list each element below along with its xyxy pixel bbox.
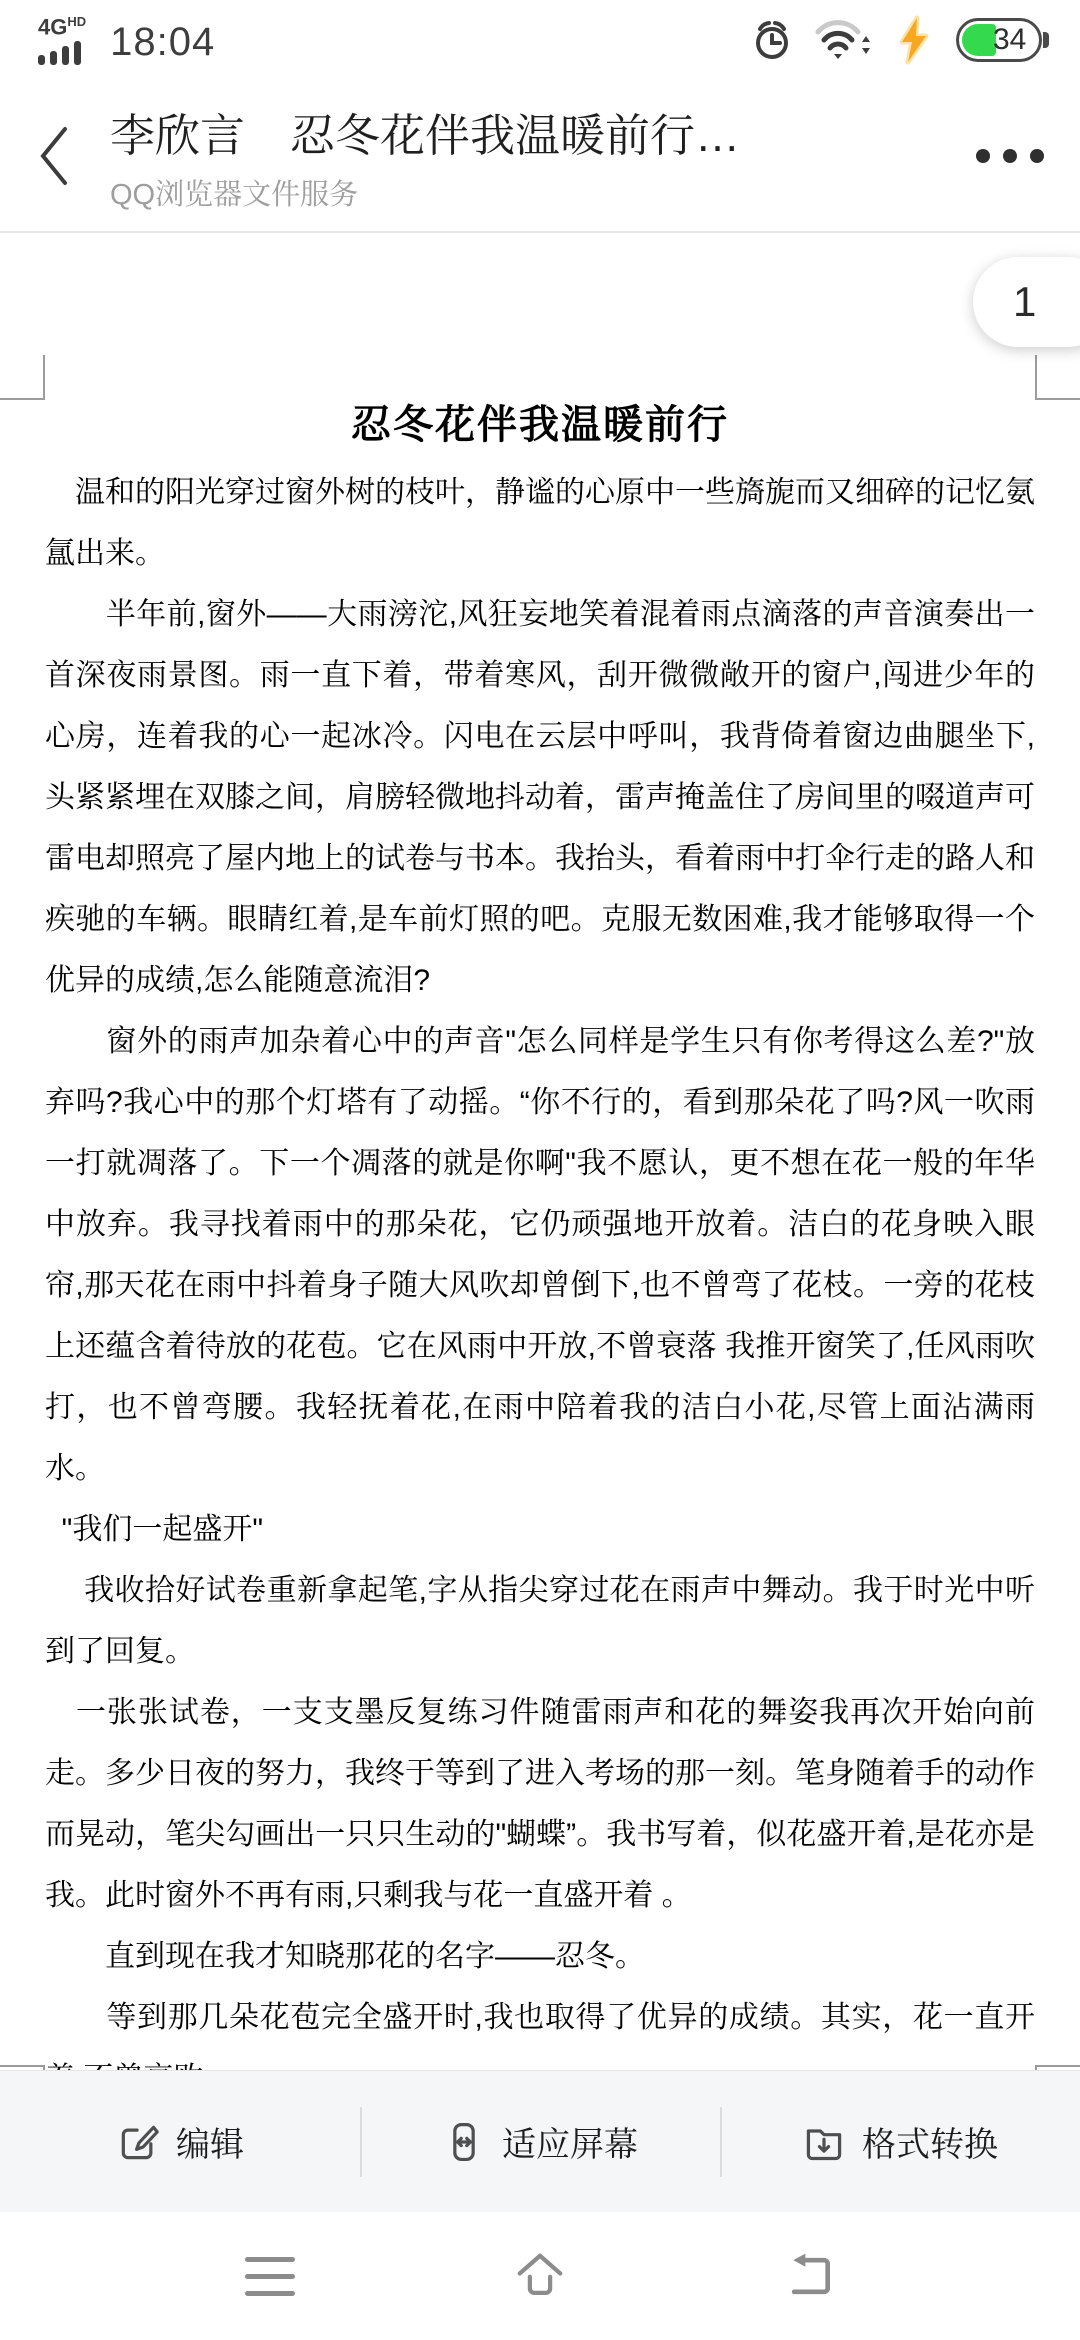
charging-bolt-icon [888, 14, 940, 66]
edit-button[interactable]: 编辑 [0, 2071, 360, 2212]
page-number: 1 [1013, 278, 1036, 326]
fit-screen-label: 适应屏幕 [502, 2117, 638, 2166]
document-paragraph: 温和的阳光穿过窗外树的枝叶，静谧的心原中一些旖旎而又细碎的记忆氨氲出来。 [45, 462, 1035, 584]
fit-screen-button[interactable]: 适应屏幕 [360, 2071, 720, 2212]
document-title: 忍冬花伴我温暖前行 [45, 393, 1035, 450]
format-convert-icon [802, 2120, 846, 2164]
menu-icon [245, 2257, 295, 2296]
toolbar-divider [720, 2107, 722, 2177]
phone-screen: 4GHD 18:04 [0, 0, 1080, 2340]
signal-bars-icon [38, 41, 81, 65]
page-corner-mark-top-right [1035, 355, 1080, 400]
dot-icon [976, 149, 990, 163]
wifi-icon [812, 16, 872, 64]
document-paragraph: 我收拾好试卷重新拿起笔,字从指尖穿过花在雨声中舞动。我于时光中听到了回复。 [45, 1560, 1035, 1682]
battery-icon: 34 [956, 18, 1042, 62]
page-number-indicator[interactable]: 1 [973, 257, 1080, 347]
document-paragraph: 半年前,窗外——大雨滂沱,风狂妄地笑着混着雨点滴落的声音演奏出一首深夜雨景图。雨… [45, 584, 1035, 1011]
document-paragraph: 直到现在我才知晓那花的名字——忍冬。 [45, 1926, 1035, 1987]
nav-menu-button[interactable] [243, 2249, 297, 2303]
network-type-label: 4GHD [38, 15, 86, 38]
document-paragraph: 窗外的雨声加杂着心中的声音"怎么同样是学生只有你考得这么差?"放弃吗?我心中的那… [45, 1011, 1035, 1499]
network-indicator: 4GHD [38, 15, 86, 65]
toolbar-divider [360, 2107, 362, 2177]
home-icon [513, 2247, 567, 2305]
return-arrow-icon [783, 2250, 837, 2302]
format-convert-label: 格式转换 [862, 2117, 998, 2166]
alarm-icon [748, 16, 796, 64]
document-page: 忍冬花伴我温暖前行 温和的阳光穿过窗外树的枝叶，静谧的心原中一些旖旎而又细碎的记… [0, 233, 1080, 2109]
document-paragraph: 一张张试卷，一支支墨反复练习件随雷雨声和花的舞姿我再次开始向前走。多少日夜的努力… [45, 1682, 1035, 1926]
back-button[interactable] [0, 80, 110, 231]
app-header: 李欣言 忍冬花伴我温暖前行… QQ浏览器文件服务 [0, 80, 1080, 233]
hd-badge: HD [67, 14, 86, 29]
file-source-subtitle: QQ浏览器文件服务 [110, 172, 940, 213]
document-toolbar: 编辑 适应屏幕 格式转换 [0, 2070, 1080, 2212]
fit-screen-icon [442, 2120, 486, 2164]
clock-time: 18:04 [110, 20, 215, 65]
dot-icon [1030, 149, 1044, 163]
dot-icon [1003, 149, 1017, 163]
edit-label: 编辑 [176, 2117, 244, 2166]
back-chevron-icon [35, 123, 75, 189]
more-menu-button[interactable] [940, 80, 1080, 231]
status-bar: 4GHD 18:04 [0, 0, 1080, 80]
file-title: 李欣言 忍冬花伴我温暖前行… [110, 99, 940, 164]
edit-icon [116, 2120, 160, 2164]
document-paragraphs: 温和的阳光穿过窗外树的枝叶，静谧的心原中一些旖旎而又细碎的记忆氨氲出来。 半年前… [45, 462, 1035, 2109]
page-corner-mark-top-left [0, 355, 45, 400]
battery-fill [962, 24, 996, 56]
nav-back-button[interactable] [783, 2249, 837, 2303]
format-convert-button[interactable]: 格式转换 [720, 2071, 1080, 2212]
system-nav-bar [0, 2212, 1080, 2340]
document-viewer[interactable]: 忍冬花伴我温暖前行 温和的阳光穿过窗外树的枝叶，静谧的心原中一些旖旎而又细碎的记… [0, 233, 1080, 2070]
nav-home-button[interactable] [513, 2249, 567, 2303]
document-paragraph: "我们一起盛开" [45, 1499, 1035, 1560]
battery-percent: 34 [993, 23, 1026, 57]
